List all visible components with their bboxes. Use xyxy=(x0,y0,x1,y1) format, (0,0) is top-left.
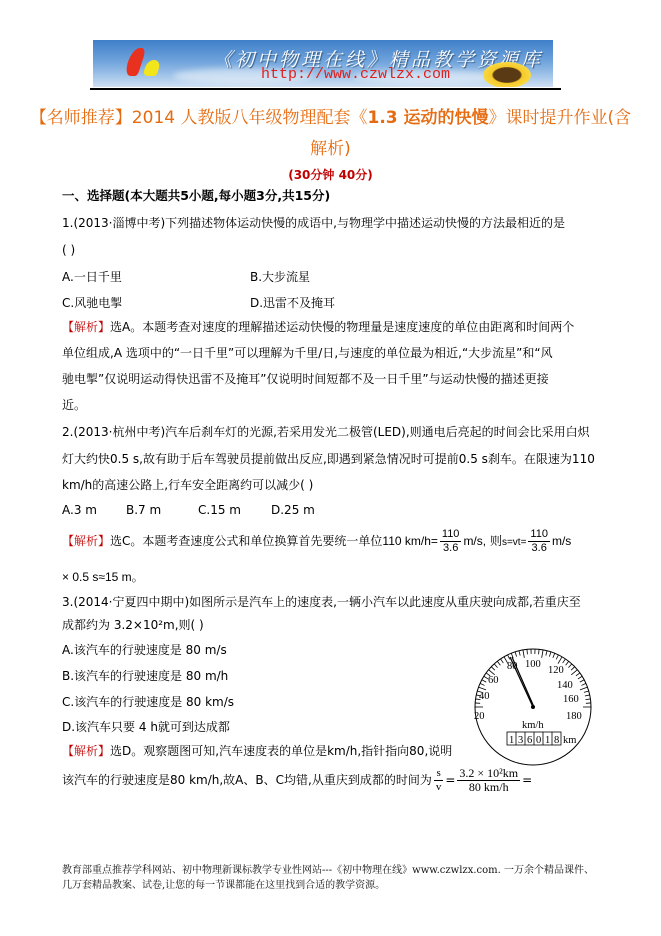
svg-text:80: 80 xyxy=(507,661,518,672)
sunflower-icon xyxy=(483,62,531,87)
q3-stem-line2: 成都约为 3.2×10²m,则( ) xyxy=(62,617,204,633)
footer-line1: 教育部重点推荐学科网站、初中物理新课标教学专业性网站---《初中物理在线》www… xyxy=(62,863,594,878)
q1-option-a: A.一日千里 xyxy=(62,268,122,285)
q1-option-c: C.风驰电掣 xyxy=(62,294,122,311)
q3-option-a: A.该汽车的行驶速度是 80 m/s xyxy=(62,642,227,658)
q1-option-d: D.迅雷不及掩耳 xyxy=(250,294,335,311)
banner-url: http://www.czwlzx.com xyxy=(261,66,450,83)
speedometer-figure: 20 40 60 80 100 120 140 160 180 km/h 1 3… xyxy=(460,645,606,773)
q2-option-d: D.25 m xyxy=(271,503,315,517)
q3-option-d: D.该汽车只要 4 h就可到达成都 xyxy=(62,719,230,735)
svg-text:20: 20 xyxy=(474,711,485,722)
fraction: 1103.6 xyxy=(440,528,462,555)
time-score: (30分钟 40分) xyxy=(0,166,661,183)
q1-stem: 1.(2013·淄博中考)下列描述物体运动快慢的成语中,与物理学中描述运动快慢的… xyxy=(62,215,565,231)
fraction-s-over-v: sv xyxy=(434,767,444,794)
q3-analysis: 【解析】选D。观察题图可知,汽车速度表的单位是km/h,指针指向80,说明 xyxy=(62,743,452,759)
q2-analysis: 【解析】选C。本题考查速度公式和单位换算首先要统一单位110 km/h=1103… xyxy=(62,527,571,557)
banner-divider xyxy=(90,88,561,90)
svg-text:6: 6 xyxy=(527,735,532,746)
q2-stem-line3: km/h的高速公路上,行车安全距离约可以减少( ) xyxy=(62,477,313,493)
svg-text:140: 140 xyxy=(557,680,573,691)
svg-text:160: 160 xyxy=(563,694,579,705)
q1-option-b: B.大步流星 xyxy=(250,268,310,285)
analysis-label: 【解析】 xyxy=(62,320,110,334)
svg-text:120: 120 xyxy=(548,665,564,676)
logo-icon-accent xyxy=(142,60,161,76)
svg-text:180: 180 xyxy=(566,711,582,722)
footer-line2: 几万套精品教案、试卷,让您的每一节课都能在这里找到合适的教学资源。 xyxy=(62,878,594,893)
svg-text:km: km xyxy=(563,735,576,746)
q2-option-a: A.3 m xyxy=(62,503,97,517)
svg-text:3: 3 xyxy=(518,735,523,746)
svg-text:100: 100 xyxy=(525,659,541,670)
q1-analysis-line4: 近。 xyxy=(62,397,86,413)
fraction: 1103.6 xyxy=(528,528,550,555)
svg-text:1: 1 xyxy=(509,735,514,746)
q2-analysis-line2: × 0.5 s≈15 m。 xyxy=(62,569,144,585)
analysis-label: 【解析】 xyxy=(62,534,110,548)
q1-analysis-line3: 驰电掣”仅说明运动得快迅雷不及掩耳”仅说明时间短都不及一日千里”与运动快慢的描述… xyxy=(62,371,549,387)
page-footer: 教育部重点推荐学科网站、初中物理新课标教学专业性网站---《初中物理在线》www… xyxy=(62,863,594,893)
q1-analysis-line2: 单位组成,A 选项中的“一日千里”可以理解为千里/日,与速度的单位最为相近,“大… xyxy=(62,345,553,361)
q3-option-b: B.该汽车的行驶速度是 80 m/h xyxy=(62,668,228,684)
document-title: 【名师推荐】2014 人教版八年级物理配套《1.3 运动的快慢》课时提升作业(含 xyxy=(0,103,661,128)
q2-stem-line1: 2.(2013·杭州中考)汽车后刹车灯的光源,若采用发光二极管(LED),则通电… xyxy=(62,424,590,440)
q1-analysis: 【解析】选A。本题考查对速度的理解描述运动快慢的物理量是速度速度的单位由距离和时… xyxy=(62,319,574,335)
svg-text:8: 8 xyxy=(554,735,559,746)
svg-text:1: 1 xyxy=(545,735,550,746)
svg-text:60: 60 xyxy=(488,675,499,686)
q3-stem-line1: 3.(2014·宁夏四中期中)如图所示是汽车上的速度表,一辆小汽车以此速度从重庆… xyxy=(62,594,581,610)
svg-text:40: 40 xyxy=(479,691,490,702)
q3-option-c: C.该汽车的行驶速度是 80 km/s xyxy=(62,694,234,710)
document-title-cont: 解析) xyxy=(0,134,661,159)
speedometer-icon: 20 40 60 80 100 120 140 160 180 km/h 1 3… xyxy=(460,645,606,773)
q2-stem-line2: 灯大约快0.5 s,故有助于后车驾驶员提前做出反应,即遇到紧急情况时可提前0.5… xyxy=(62,451,595,467)
q2-option-c: C.15 m xyxy=(198,503,241,517)
svg-text:0: 0 xyxy=(536,735,541,746)
section-heading: 一、选择题(本大题共5小题,每小题3分,共15分) xyxy=(62,188,330,204)
q2-option-b: B.7 m xyxy=(126,503,161,517)
site-banner: 《初中物理在线》精品教学资源库 http://www.czwlzx.com xyxy=(93,40,553,87)
svg-text:km/h: km/h xyxy=(522,720,544,731)
q1-answer-blank: ( ) xyxy=(62,242,75,258)
analysis-label: 【解析】 xyxy=(62,744,110,758)
